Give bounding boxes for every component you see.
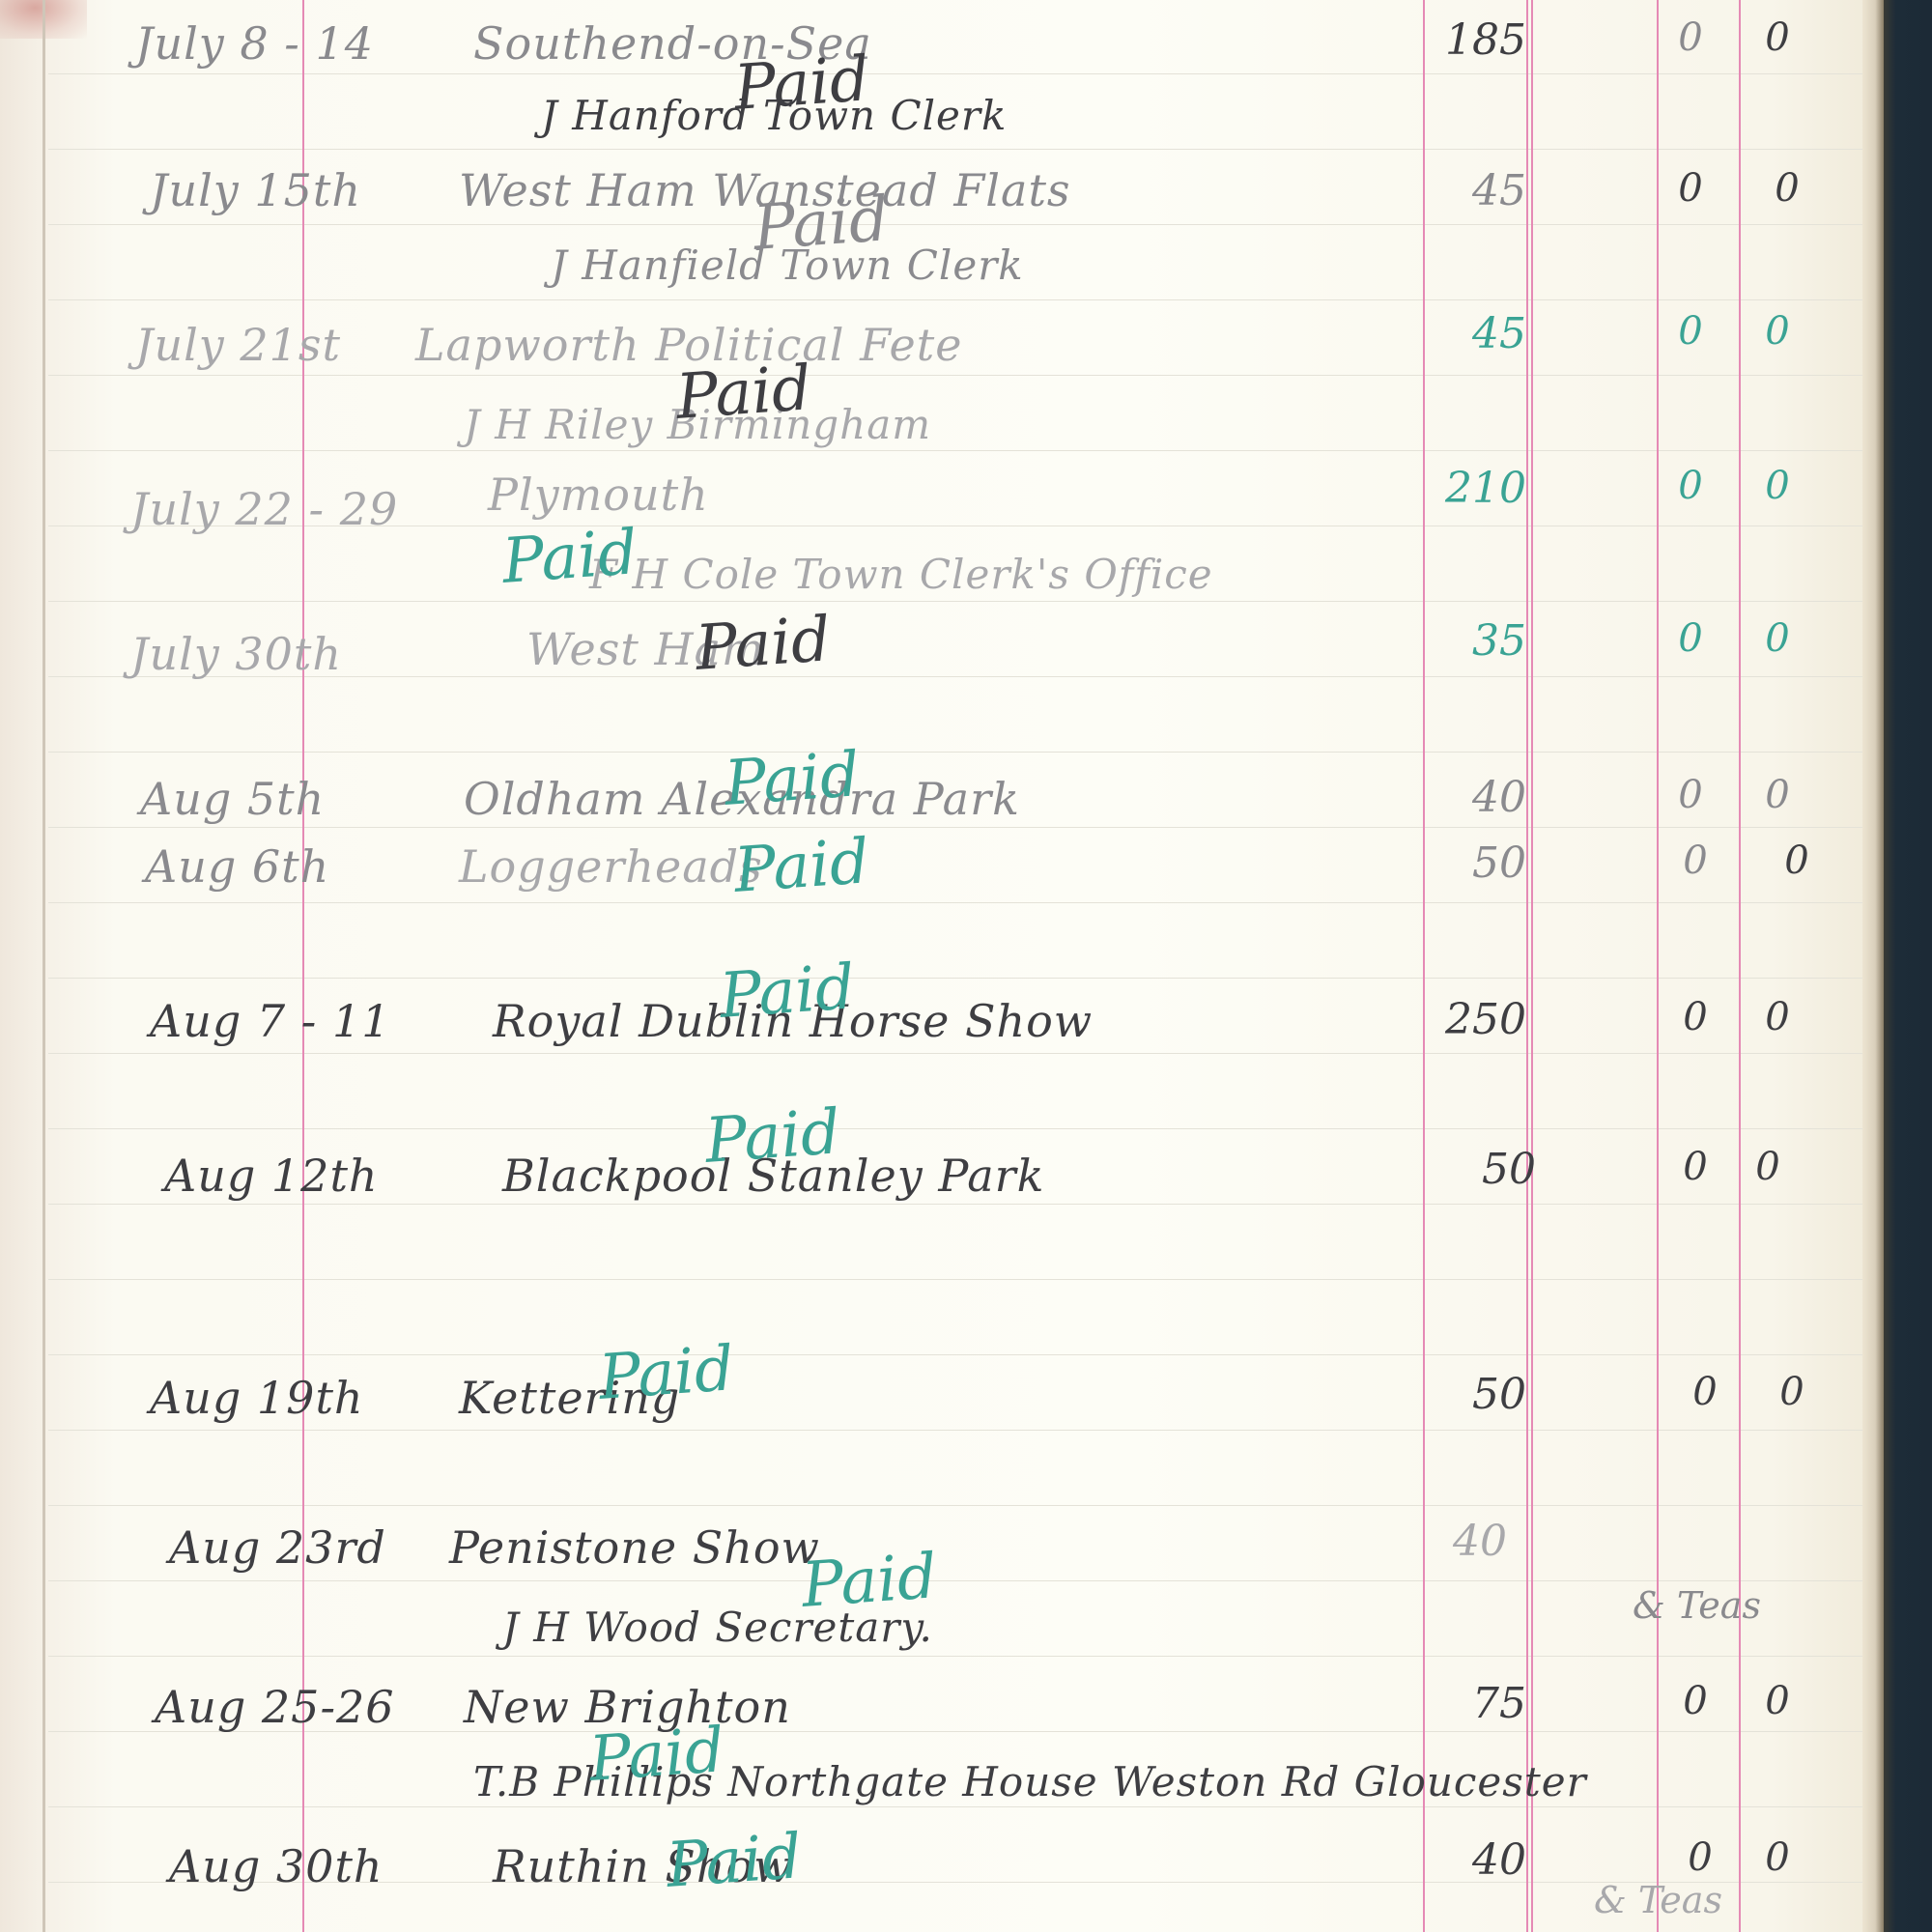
ruled-line (48, 149, 1864, 150)
paid-mark: Paid (732, 43, 872, 125)
paid-mark: Paid (752, 184, 892, 265)
entry-pounds: 35 (1391, 616, 1526, 666)
entry-shillings: 0 (1666, 838, 1724, 883)
ruled-line (48, 73, 1864, 74)
paid-mark: Paid (500, 517, 640, 598)
entry-pounds: 210 (1391, 464, 1526, 513)
ruled-line (48, 375, 1864, 376)
paid-mark: Paid (732, 826, 872, 907)
ruled-line (48, 1279, 1864, 1280)
entry-note: & Teas (1633, 1584, 1761, 1627)
entry-pounds: 40 (1391, 1835, 1526, 1885)
entry-shillings: 0 (1676, 1370, 1734, 1414)
entry-shillings: 0 (1671, 1835, 1729, 1880)
entry-contact: F H Cole Town Clerk's Office (589, 551, 1213, 598)
ruled-line (48, 1806, 1864, 1807)
date-column-rule (302, 0, 304, 1932)
entry-date: Aug 7 - 11 (150, 995, 391, 1047)
entry-date: Aug 19th (150, 1372, 364, 1424)
entry-date: Aug 6th (145, 840, 329, 893)
entry-pounds: 40 (1391, 773, 1526, 822)
ruled-line (48, 1505, 1864, 1506)
entry-shillings: 0 (1662, 309, 1719, 354)
entry-pence: 0 (1748, 773, 1806, 817)
ruled-line (48, 1354, 1864, 1355)
entry-date: July 22 - 29 (130, 483, 398, 535)
entry-shillings: 0 (1666, 1145, 1724, 1189)
ruled-line (48, 1053, 1864, 1054)
entry-pence: 0 (1748, 15, 1806, 60)
paid-mark: Paid (723, 739, 863, 820)
entry-pence: 0 (1763, 1370, 1821, 1414)
entry-pence: 0 (1739, 1145, 1797, 1189)
entry-pence: 0 (1748, 995, 1806, 1039)
ruled-line (48, 299, 1864, 300)
entry-shillings: 0 (1662, 773, 1719, 817)
paid-mark: Paid (597, 1333, 737, 1414)
entry-shillings: 0 (1662, 464, 1719, 508)
entry-pounds: 40 (1372, 1517, 1507, 1566)
entry-pounds: 45 (1391, 309, 1526, 358)
entry-pence: 0 (1748, 616, 1806, 661)
entry-pounds: 185 (1391, 15, 1526, 65)
book-cover (1884, 0, 1932, 1932)
entry-venue: Loggerheads (459, 840, 763, 893)
ruled-line (48, 978, 1864, 979)
entry-date: July 8 - 14 (135, 17, 374, 70)
entry-note: & Teas (1594, 1879, 1722, 1921)
pounds-column-rule-b (1531, 0, 1533, 1932)
ruled-line (48, 1204, 1864, 1205)
paid-mark: Paid (694, 604, 834, 685)
ruled-line (48, 1430, 1864, 1431)
pence-column-rule (1739, 0, 1741, 1932)
entry-venue: Plymouth (488, 469, 709, 521)
entry-venue: Penistone Show (449, 1521, 820, 1574)
shillings-column-rule (1657, 0, 1659, 1932)
entry-shillings: 0 (1662, 166, 1719, 211)
pounds-column-rule-a (1526, 0, 1528, 1932)
entry-pounds: 75 (1391, 1679, 1526, 1728)
paid-mark: Paid (718, 952, 858, 1033)
entry-pence: 0 (1748, 464, 1806, 508)
entry-pence: 0 (1758, 166, 1816, 211)
entry-pence: 0 (1748, 1679, 1806, 1723)
entry-date: July 21st (135, 319, 341, 371)
entry-pounds: 45 (1391, 166, 1526, 215)
entry-shillings: 0 (1666, 1679, 1724, 1723)
entry-pence: 0 (1748, 1835, 1806, 1880)
ruled-line (48, 827, 1864, 828)
entry-shillings: 0 (1662, 15, 1719, 60)
entry-pounds: 50 (1391, 838, 1526, 888)
ruled-line (48, 601, 1864, 602)
page-edge (1862, 0, 1884, 1932)
entry-date: Aug 23rd (169, 1521, 386, 1574)
entry-pounds: 250 (1391, 995, 1526, 1044)
ruled-line (48, 752, 1864, 753)
gutter-fold (43, 0, 45, 1932)
paid-mark: Paid (703, 1096, 843, 1178)
ruled-line (48, 902, 1864, 903)
entry-date: Aug 30th (169, 1840, 384, 1892)
ruled-line (48, 1656, 1864, 1657)
entry-pounds: 50 (1401, 1145, 1536, 1194)
entry-date: Aug 25-26 (155, 1681, 395, 1733)
entry-shillings: 0 (1666, 995, 1724, 1039)
entry-pounds: 50 (1391, 1370, 1526, 1419)
entry-pence: 0 (1768, 838, 1826, 883)
entry-date: July 15th (150, 164, 361, 216)
entry-pence: 0 (1748, 309, 1806, 354)
ruled-line (48, 1128, 1864, 1129)
ledger-page (0, 0, 1884, 1932)
ruled-line (48, 1580, 1864, 1581)
paid-mark: Paid (674, 353, 814, 434)
entry-date: Aug 12th (164, 1150, 379, 1202)
amount-column-rule-left (1423, 0, 1425, 1932)
paid-mark: Paid (800, 1541, 940, 1622)
ruled-line (48, 450, 1864, 451)
ruled-line (48, 224, 1864, 225)
entry-date: Aug 5th (140, 773, 325, 825)
entry-shillings: 0 (1662, 616, 1719, 661)
paid-mark: Paid (587, 1715, 727, 1796)
entry-date: July 30th (130, 628, 342, 680)
paid-mark: Paid (665, 1821, 805, 1902)
